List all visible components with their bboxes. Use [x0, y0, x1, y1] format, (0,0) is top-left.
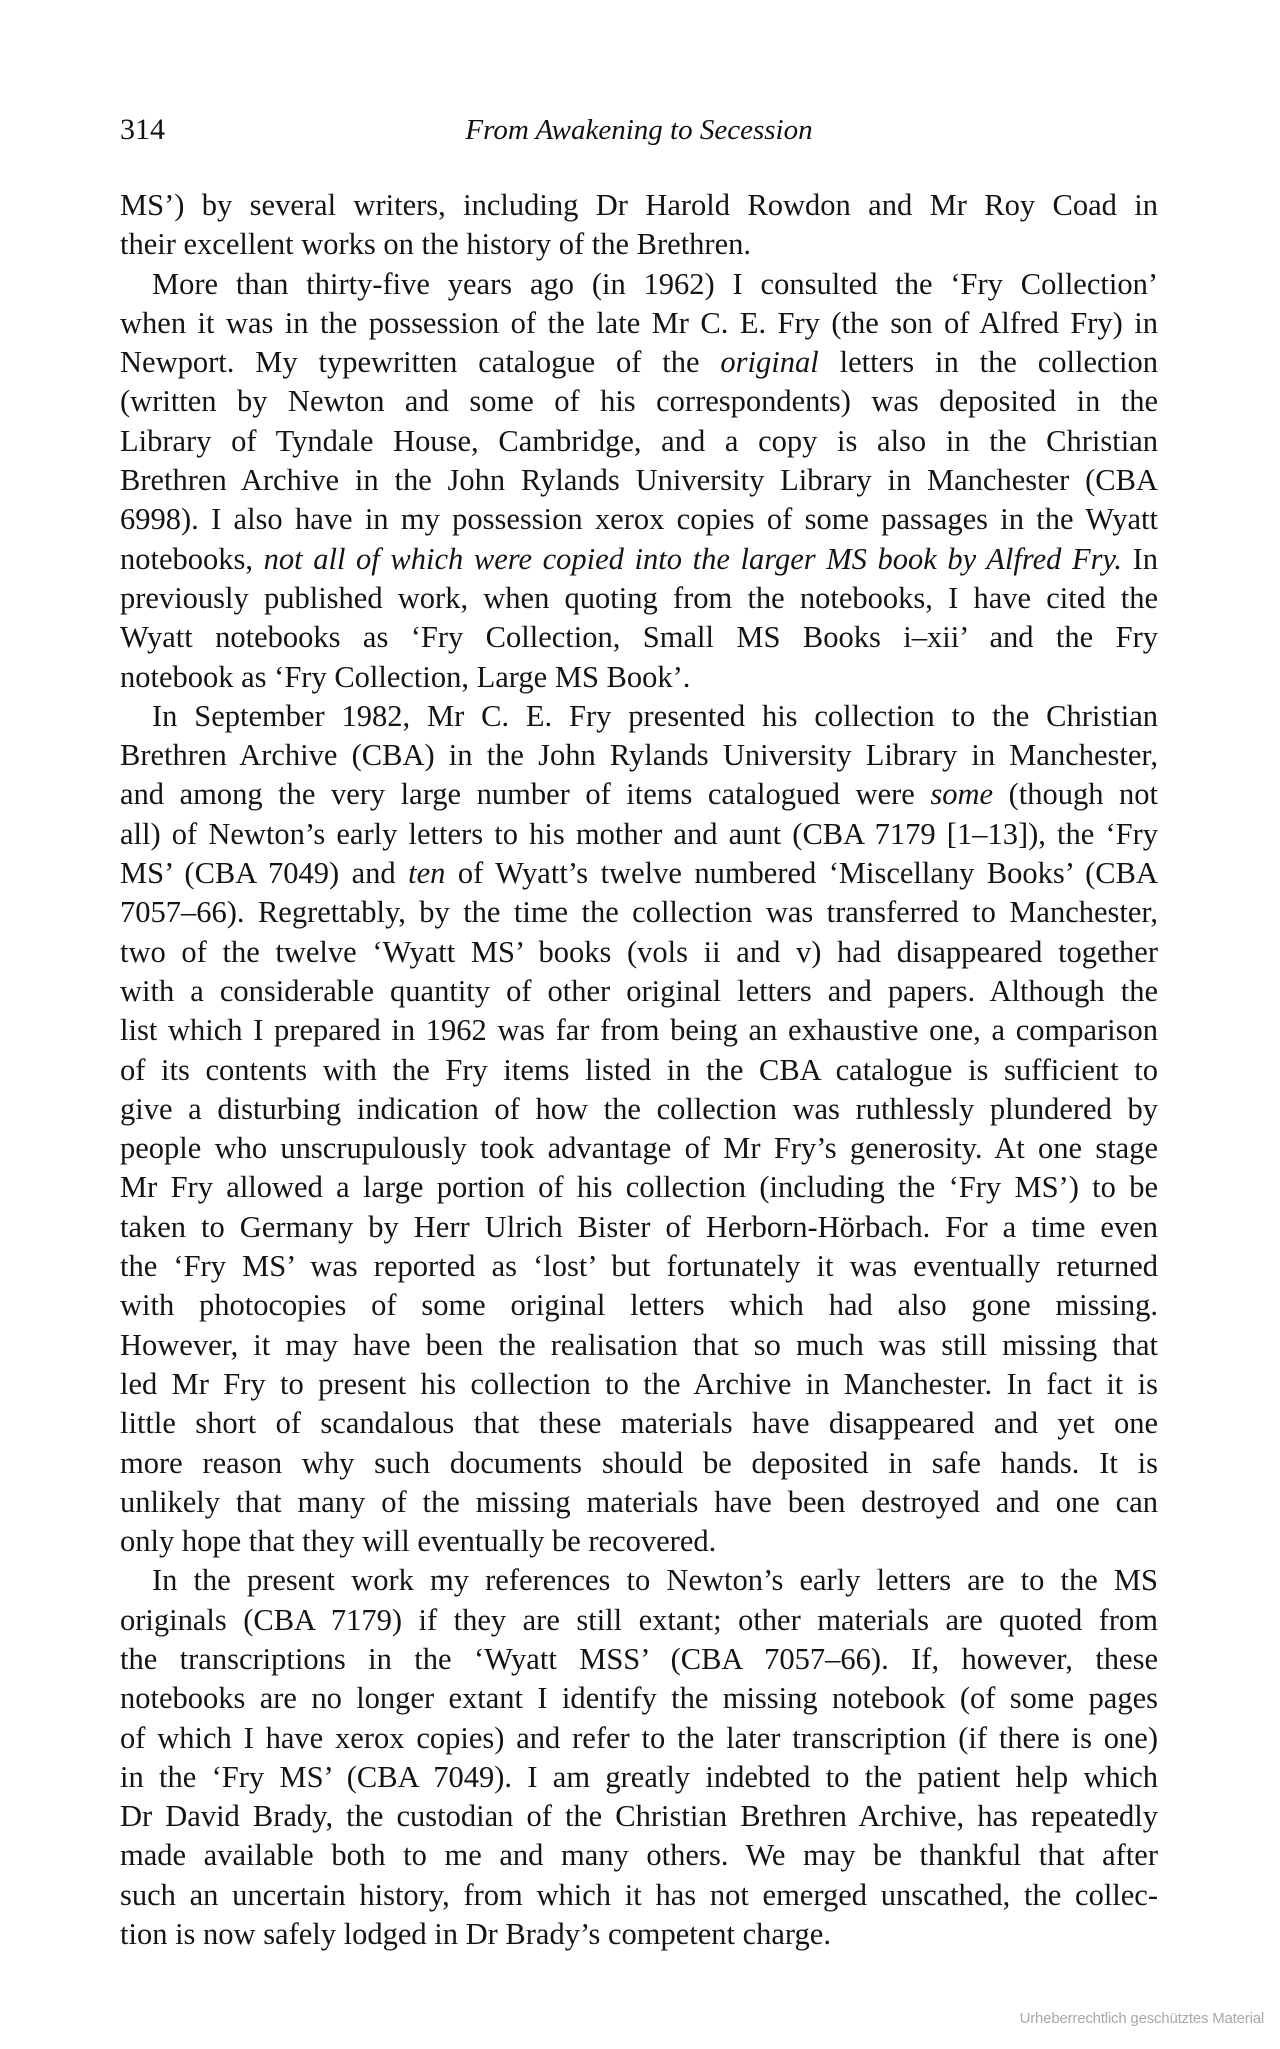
text-line: made available both to me and many other…: [120, 1836, 1158, 1875]
italic-emphasis: original: [720, 345, 818, 379]
text-line: the transcriptions in the ‘Wyatt MSS’ (C…: [120, 1640, 1158, 1679]
text-line: MS’ (CBA 7049) and ten of Wyatt’s twelve…: [120, 854, 1158, 893]
text-line: notebooks are no longer extant I identif…: [120, 1679, 1158, 1718]
text-line: led Mr Fry to present his collection to …: [120, 1365, 1158, 1404]
italic-emphasis: not all of which were copied into the la…: [264, 542, 1122, 576]
text-run: of Wyatt’s twelve numbered ‘Miscellany B…: [445, 856, 1158, 890]
text-line: tion is now safely lodged in Dr Brady’s …: [120, 1915, 1158, 1954]
copyright-watermark: Urheberrechtlich geschütztes Material: [1020, 2010, 1264, 2027]
text-line: more reason why such documents should be…: [120, 1444, 1158, 1483]
text-line: Brethren Archive (CBA) in the John Rylan…: [120, 736, 1158, 775]
text-line: (written by Newton and some of his corre…: [120, 382, 1158, 421]
text-line: of its contents with the Fry items liste…: [120, 1051, 1158, 1090]
text-line: MS’) by several writers, including Dr Ha…: [120, 186, 1158, 225]
text-line: In the present work my references to New…: [120, 1561, 1158, 1600]
text-line: in the ‘Fry MS’ (CBA 7049). I am greatly…: [120, 1758, 1158, 1797]
text-line: and among the very large number of items…: [120, 775, 1158, 814]
text-line: little short of scandalous that these ma…: [120, 1404, 1158, 1443]
text-line: taken to Germany by Herr Ulrich Bister o…: [120, 1208, 1158, 1247]
text-line: list which I prepared in 1962 was far fr…: [120, 1011, 1158, 1050]
text-run: letters in the collection: [819, 345, 1158, 379]
text-line: 6998). I also have in my possession xero…: [120, 500, 1158, 539]
text-run: (though not: [993, 777, 1158, 811]
text-line: of which I have xerox copies) and refer …: [120, 1719, 1158, 1758]
text-line: unlikely that many of the missing materi…: [120, 1483, 1158, 1522]
text-line: Brethren Archive in the John Rylands Uni…: [120, 461, 1158, 500]
italic-emphasis: some: [930, 777, 993, 811]
text-line: give a disturbing indication of how the …: [120, 1090, 1158, 1129]
text-line: with a considerable quantity of other or…: [120, 972, 1158, 1011]
text-line: 7057–66). Regrettably, by the time the c…: [120, 893, 1158, 932]
italic-emphasis: ten: [408, 856, 445, 890]
book-page: 314 From Awakening to Secession MS’) by …: [0, 0, 1280, 2049]
body-text: MS’) by several writers, including Dr Ha…: [120, 186, 1158, 1954]
text-run: MS’ (CBA 7049) and: [120, 856, 408, 890]
text-line: their excellent works on the history of …: [120, 225, 1158, 264]
text-line: Mr Fry allowed a large portion of his co…: [120, 1168, 1158, 1207]
text-line: such an uncertain history, from which it…: [120, 1876, 1158, 1915]
text-line: However, it may have been the realisatio…: [120, 1326, 1158, 1365]
text-line: Newport. My typewritten catalogue of the…: [120, 343, 1158, 382]
text-run: Newport. My typewritten catalogue of the: [120, 345, 720, 379]
text-line: two of the twelve ‘Wyatt MS’ books (vols…: [120, 933, 1158, 972]
text-line: with photocopies of some original letter…: [120, 1286, 1158, 1325]
text-line: notebooks, not all of which were copied …: [120, 540, 1158, 579]
text-line: only hope that they will eventually be r…: [120, 1522, 1158, 1561]
text-line: notebook as ‘Fry Collection, Large MS Bo…: [120, 658, 1158, 697]
text-line: all) of Newton’s early letters to his mo…: [120, 815, 1158, 854]
text-line: Wyatt notebooks as ‘Fry Collection, Smal…: [120, 618, 1158, 657]
text-line: people who unscrupulously took advantage…: [120, 1129, 1158, 1168]
text-line: Library of Tyndale House, Cambridge, and…: [120, 422, 1158, 461]
text-line: Dr David Brady, the custodian of the Chr…: [120, 1797, 1158, 1836]
text-line: originals (CBA 7179) if they are still e…: [120, 1601, 1158, 1640]
text-line: the ‘Fry MS’ was reported as ‘lost’ but …: [120, 1247, 1158, 1286]
text-line: when it was in the possession of the lat…: [120, 304, 1158, 343]
text-line: In September 1982, Mr C. E. Fry presente…: [120, 697, 1158, 736]
text-run: In: [1122, 542, 1158, 576]
text-run: notebooks,: [120, 542, 264, 576]
text-line: previously published work, when quoting …: [120, 579, 1158, 618]
text-run: and among the very large number of items…: [120, 777, 930, 811]
text-line: More than thirty-five years ago (in 1962…: [120, 265, 1158, 304]
running-head: 314 From Awakening to Secession: [120, 110, 1158, 150]
running-title: From Awakening to Secession: [120, 110, 1158, 150]
